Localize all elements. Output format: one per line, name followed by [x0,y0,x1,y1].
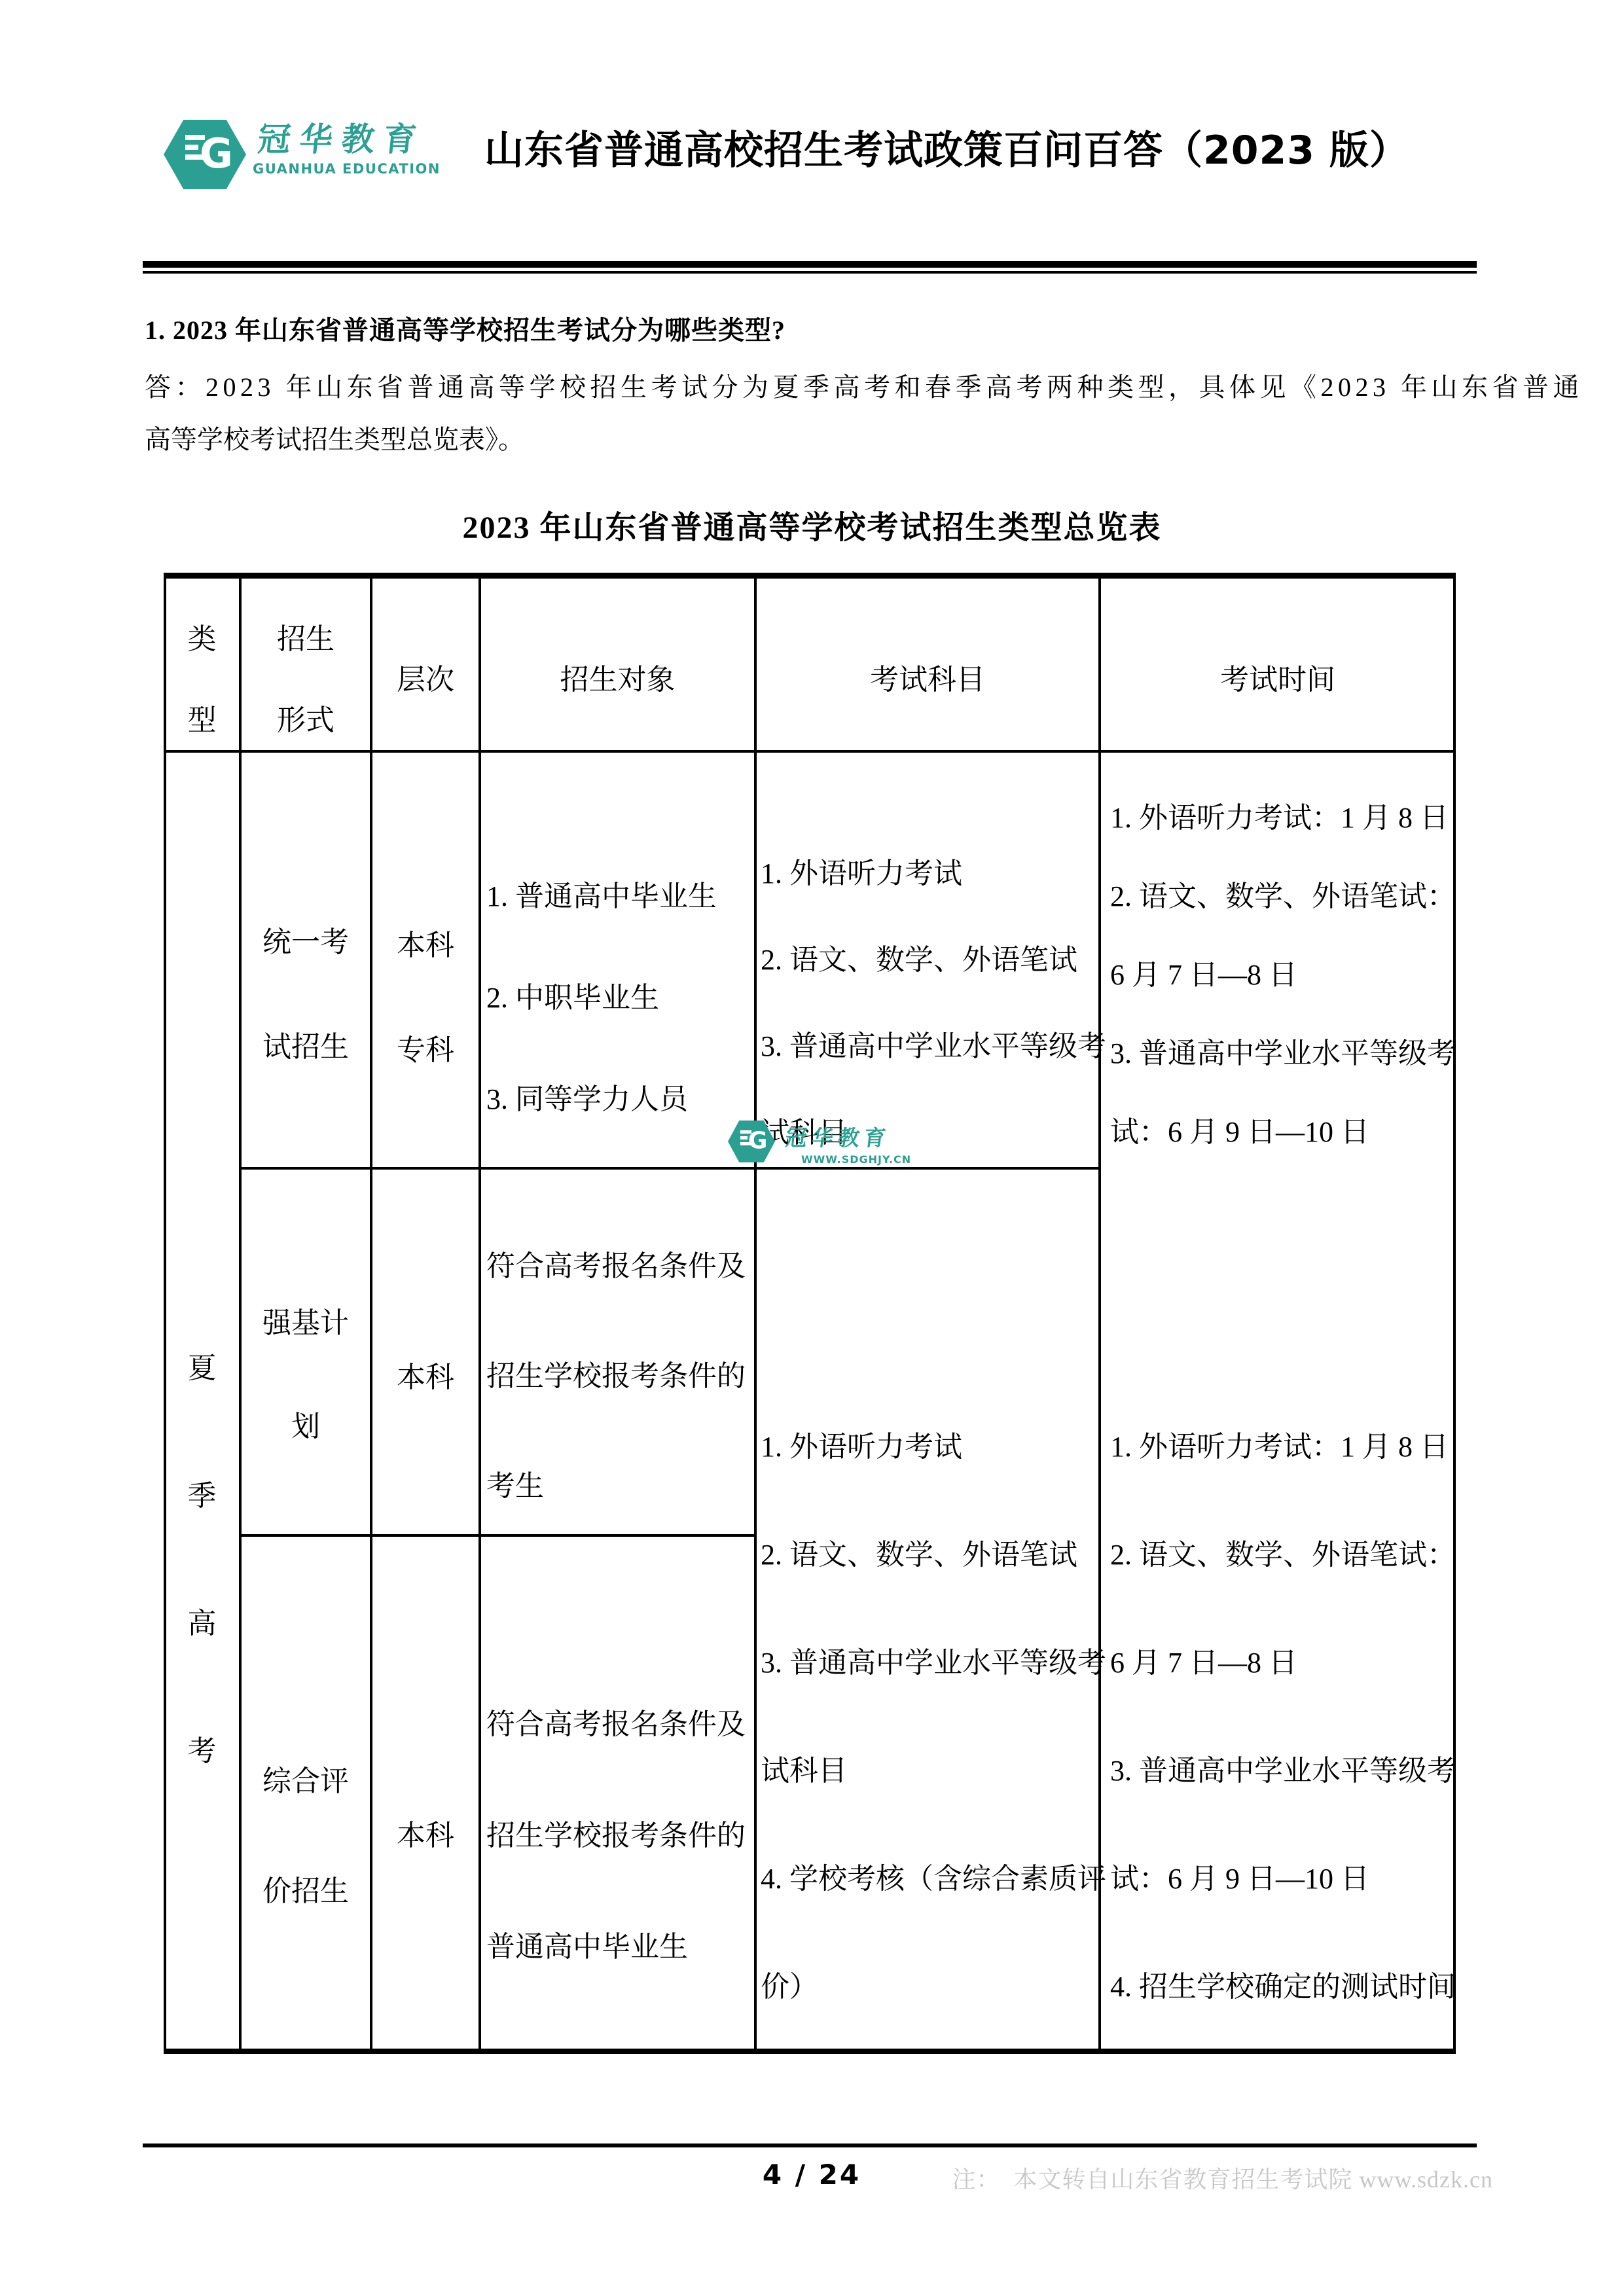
answer-line: 高等学校考试招生类型总览表》。 [145,411,1480,463]
subjects-line: 2. 语文、数学、外语笔试 [761,1498,1106,1605]
cell-form-qiangji: 强基计 划 [240,1268,371,1475]
table-title: 2023 年山东省普通高等学校考试招生类型总览表 [0,511,1624,546]
cell-target-zonghe: 符合高考报名条件及 招生学校报考条件的 普通高中毕业生 [486,1666,746,2000]
time-line: 试：6 月 9 日—10 日 [1110,1821,1456,1929]
subjects-line: 4. 学校考核（含综合素质评 [761,1821,1106,1929]
level-line: 本科 [371,1778,480,1888]
header-cell-form: 招生 形式 [240,596,371,758]
cell-target-qiangji: 符合高考报名条件及 招生学校报考条件的 考生 [486,1208,746,1538]
form-line: 试招生 [240,992,371,1096]
answer-paragraph: 答：2023 年山东省普通高等学校招生考试分为夏季高考和春季高考两种类型，具体见… [145,359,1480,463]
header-form-line: 招生 [240,596,371,677]
header-target-label: 招生对象 [480,636,755,717]
cell-type-summer-gaokao: 夏 季 高 考 [164,1301,240,1812]
type-char: 夏 [164,1301,240,1429]
time-line: 2. 语文、数学、外语笔试： [1110,854,1456,933]
type-char: 高 [164,1556,240,1684]
header-cell-type: 类 型 [164,596,240,758]
admission-types-table: 类 型 招生 形式 层次 招生对象 考试科目 考试时间 夏 季 高 考 统一考 [164,573,1456,2054]
subjects-line: 1. 外语听力考试 [761,1390,1106,1498]
form-line: 划 [240,1372,371,1475]
target-line: 普通高中毕业生 [486,1888,746,2000]
form-line: 价招生 [240,1833,371,1943]
brand-name-cn: 冠华教育 [256,123,427,156]
cell-time-unified: 1. 外语听力考试：1 月 8 日 2. 语文、数学、外语笔试： 6 月 7 日… [1110,776,1456,1168]
time-line: 试：6 月 9 日—10 日 [1110,1090,1456,1168]
table-border-bottom [164,2049,1456,2054]
question-text: 1. 2023 年山东省普通高等学校招生考试分为哪些类型? [145,317,785,344]
watermark-brand-cn: 冠华教育 [784,1127,892,1149]
table-gridline-vertical [754,573,757,2054]
brand-name-en: GUANHUA EDUCATION [253,161,441,177]
footer-source-note: 注： 本文转自山东省教育招生考试院 www.sdzk.cn [952,2161,1493,2195]
form-line: 统一考 [240,887,371,992]
cell-target-unified: 1. 普通高中毕业生 2. 中职毕业生 3. 同等学力人员 [486,842,717,1147]
subjects-line: 3. 普通高中学业水平等级考 [761,1605,1106,1713]
subjects-line: 价） [761,1929,1106,2037]
cell-form-unified: 统一考 试招生 [240,887,371,1096]
target-line: 招生学校报考条件的 [486,1318,746,1428]
level-line: 本科 [371,1323,480,1426]
header-cell-level: 层次 [371,636,480,717]
cell-subjects-unified: 1. 外语听力考试 2. 语文、数学、外语笔试 3. 普通高中学业水平等级考 试… [761,827,1106,1173]
type-char: 考 [164,1684,240,1812]
time-line: 6 月 7 日—8 日 [1110,933,1456,1011]
cell-subjects-merged: 1. 外语听力考试 2. 语文、数学、外语笔试 3. 普通高中学业水平等级考 试… [761,1390,1106,2037]
header-cell-target: 招生对象 [480,636,755,717]
target-line: 2. 中职毕业生 [486,944,717,1045]
type-char: 季 [164,1429,240,1556]
header-divider-thin [143,271,1477,274]
page-number: 4 / 24 [746,2159,877,2191]
guanhua-logo-icon: G [164,120,246,189]
target-line: 3. 同等学力人员 [486,1045,717,1147]
target-line: 符合高考报名条件及 [486,1666,746,1777]
table-border-top [164,573,1456,579]
watermark-brand-url: WWW.SDGHJY.CN [801,1155,911,1165]
header-form-line: 形式 [240,677,371,758]
level-line: 本科 [371,890,480,995]
watermark-monogram: G [748,1129,768,1153]
time-line: 3. 普通高中学业水平等级考 [1110,1011,1456,1090]
time-line: 3. 普通高中学业水平等级考 [1110,1713,1456,1821]
time-line: 1. 外语听力考试：1 月 8 日 [1110,1390,1456,1498]
form-line: 综合评 [240,1723,371,1833]
subjects-line: 2. 语文、数学、外语笔试 [761,914,1106,1000]
subjects-line: 3. 普通高中学业水平等级考 [761,1000,1106,1086]
logo-monogram: G [200,134,233,174]
cell-level-zonghe: 本科 [371,1778,480,1888]
target-line: 招生学校报考条件的 [486,1777,746,1888]
cell-level-unified: 本科 专科 [371,890,480,1100]
header-subjects-label: 考试科目 [755,636,1100,717]
form-line: 强基计 [240,1268,371,1372]
header-level-label: 层次 [371,636,480,717]
subjects-line: 试科目 [761,1713,1106,1821]
document-page: G 冠华教育 GUANHUA EDUCATION 山东省普通高校招生考试政策百问… [0,0,1624,2296]
document-title: 山东省普通高校招生考试政策百问百答（2023 版） [484,129,1409,172]
subjects-line: 1. 外语听力考试 [761,827,1106,914]
time-line: 4. 招生学校确定的测试时间 [1110,1929,1456,2037]
header-divider-thick [143,261,1477,268]
level-line: 专科 [371,995,480,1100]
cell-level-qiangji: 本科 [371,1323,480,1426]
cell-form-zonghe: 综合评 价招生 [240,1723,371,1943]
cell-time-merged: 1. 外语听力考试：1 月 8 日 2. 语文、数学、外语笔试： 6 月 7 日… [1110,1390,1456,2037]
time-line: 6 月 7 日—8 日 [1110,1605,1456,1713]
footer-divider [143,2144,1477,2147]
header-time-label: 考试时间 [1100,636,1456,717]
target-line: 考生 [486,1428,746,1538]
header-cell-subjects: 考试科目 [755,636,1100,717]
time-line: 1. 外语听力考试：1 月 8 日 [1110,776,1456,854]
header-cell-time: 考试时间 [1100,636,1456,717]
target-line: 1. 普通高中毕业生 [486,842,717,944]
answer-line: 答：2023 年山东省普通高等学校招生考试分为夏季高考和春季高考两种类型，具体见… [145,359,1480,411]
target-line: 符合高考报名条件及 [486,1208,746,1318]
time-line: 2. 语文、数学、外语笔试： [1110,1498,1456,1605]
header-type-line: 类 [164,596,240,677]
header-type-line: 型 [164,677,240,758]
